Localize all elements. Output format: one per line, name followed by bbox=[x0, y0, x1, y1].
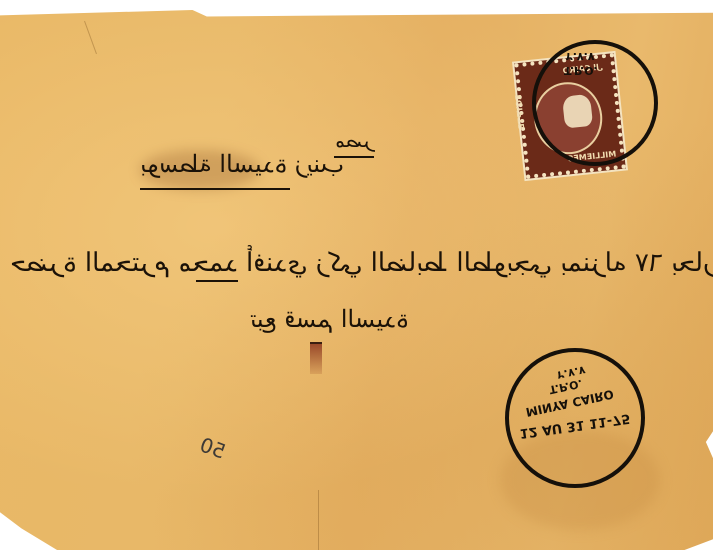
postmark-bottom: ٢.٧.٧ T.P.O. MINYA CAIRO 12 AU 31 11-75 bbox=[505, 348, 645, 488]
address-line-1: حضرة المحترم محمد أفندي زكي الضابط الطوب… bbox=[10, 248, 715, 278]
city-line: مصر bbox=[335, 128, 374, 152]
house-number-underline bbox=[196, 280, 238, 282]
stamp-country: EGYPTE bbox=[514, 94, 527, 129]
address-line-2: تبع قسم السيدة bbox=[250, 305, 409, 333]
post-office-line: بوسطة السيدة زينب bbox=[140, 150, 344, 178]
postmark-top: ٢.٧.٧ T.P.O. bbox=[532, 40, 658, 166]
postmark-top-line-2: T.P.O. bbox=[564, 64, 598, 77]
postmark-top-line-1: ٢.٧.٧ bbox=[566, 50, 595, 63]
envelope: مصر بوسطة السيدة زينب حضرة المحترم محمد … bbox=[0, 10, 713, 550]
pencil-mark: 50 bbox=[197, 432, 229, 463]
post-office-underline bbox=[140, 188, 290, 190]
paper-crease bbox=[84, 21, 97, 54]
ink-drip bbox=[310, 342, 322, 374]
paper-crease bbox=[318, 490, 319, 550]
